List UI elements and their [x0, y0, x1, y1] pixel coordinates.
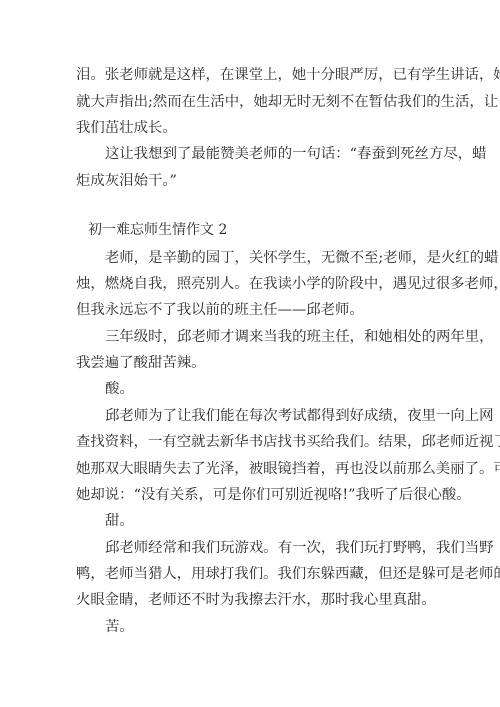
paragraph-line: 我尝遍了酸甜苦辣。	[76, 354, 426, 372]
section-heading-sour: 酸。	[105, 380, 455, 398]
paragraph-line: 火眼金睛，老师还不时为我擦去汗水，那时我心里真甜。	[76, 591, 426, 609]
paragraph-line: 这让我想到了最能赞美老师的一句话：“春蚕到死丝方尽，蜡	[105, 145, 455, 163]
paragraph-line: 我们茁壮成长。	[76, 119, 426, 137]
paragraph-line: 查找资料，一有空就去新华书店找书买给我们。结果，邱老师近视了，	[76, 433, 426, 451]
paragraph-line: 三年级时，邱老师才调来当我的班主任，和她相处的两年里，	[105, 328, 455, 346]
paragraph-line: 邱老师为了让我们能在每次考试都得到好成绩，夜里一向上网	[105, 407, 455, 425]
paragraph-line: 泪。张老师就是这样，在课堂上，她十分眼严厉，已有学生讲话，她	[76, 66, 426, 84]
document-page: 泪。张老师就是这样，在课堂上，她十分眼严厉，已有学生讲话，她 就大声指出;然而在…	[0, 0, 500, 707]
paragraph-line: 她却说：“没有关系，可是你们可别近视咯!”我听了后很心酸。	[76, 486, 426, 504]
paragraph-line: 邱老师经常和我们玩游戏。有一次，我们玩打野鸭，我们当野	[105, 539, 455, 557]
section-heading-bitter: 苦。	[105, 618, 455, 636]
paragraph-line: 烛，燃烧自我，照亮别人。在我读小学的阶段中，遇见过很多老师，	[76, 275, 426, 293]
essay-title: 初一难忘师生情作文 2	[88, 221, 438, 239]
paragraph-line: 她那双大眼睛失去了光泽，被眼镜挡着，再也没以前那么美丽了。可	[76, 460, 426, 478]
paragraph-line: 炬成灰泪始干。”	[76, 172, 426, 190]
paragraph-line: 就大声指出;然而在生活中，她却无时无刻不在暂估我们的生活，让	[76, 93, 426, 111]
paragraph-line: 老师，是辛勤的园丁，关怀学生，无微不至;老师，是火红的蜡	[105, 249, 455, 267]
section-heading-sweet: 甜。	[105, 512, 455, 530]
paragraph-line: 鸭，老师当猎人，用球打我们。我们东躲西藏，但还是躲可是老师的	[76, 565, 426, 583]
paragraph-line: 但我永远忘不了我以前的班主任——邱老师。	[76, 301, 426, 319]
